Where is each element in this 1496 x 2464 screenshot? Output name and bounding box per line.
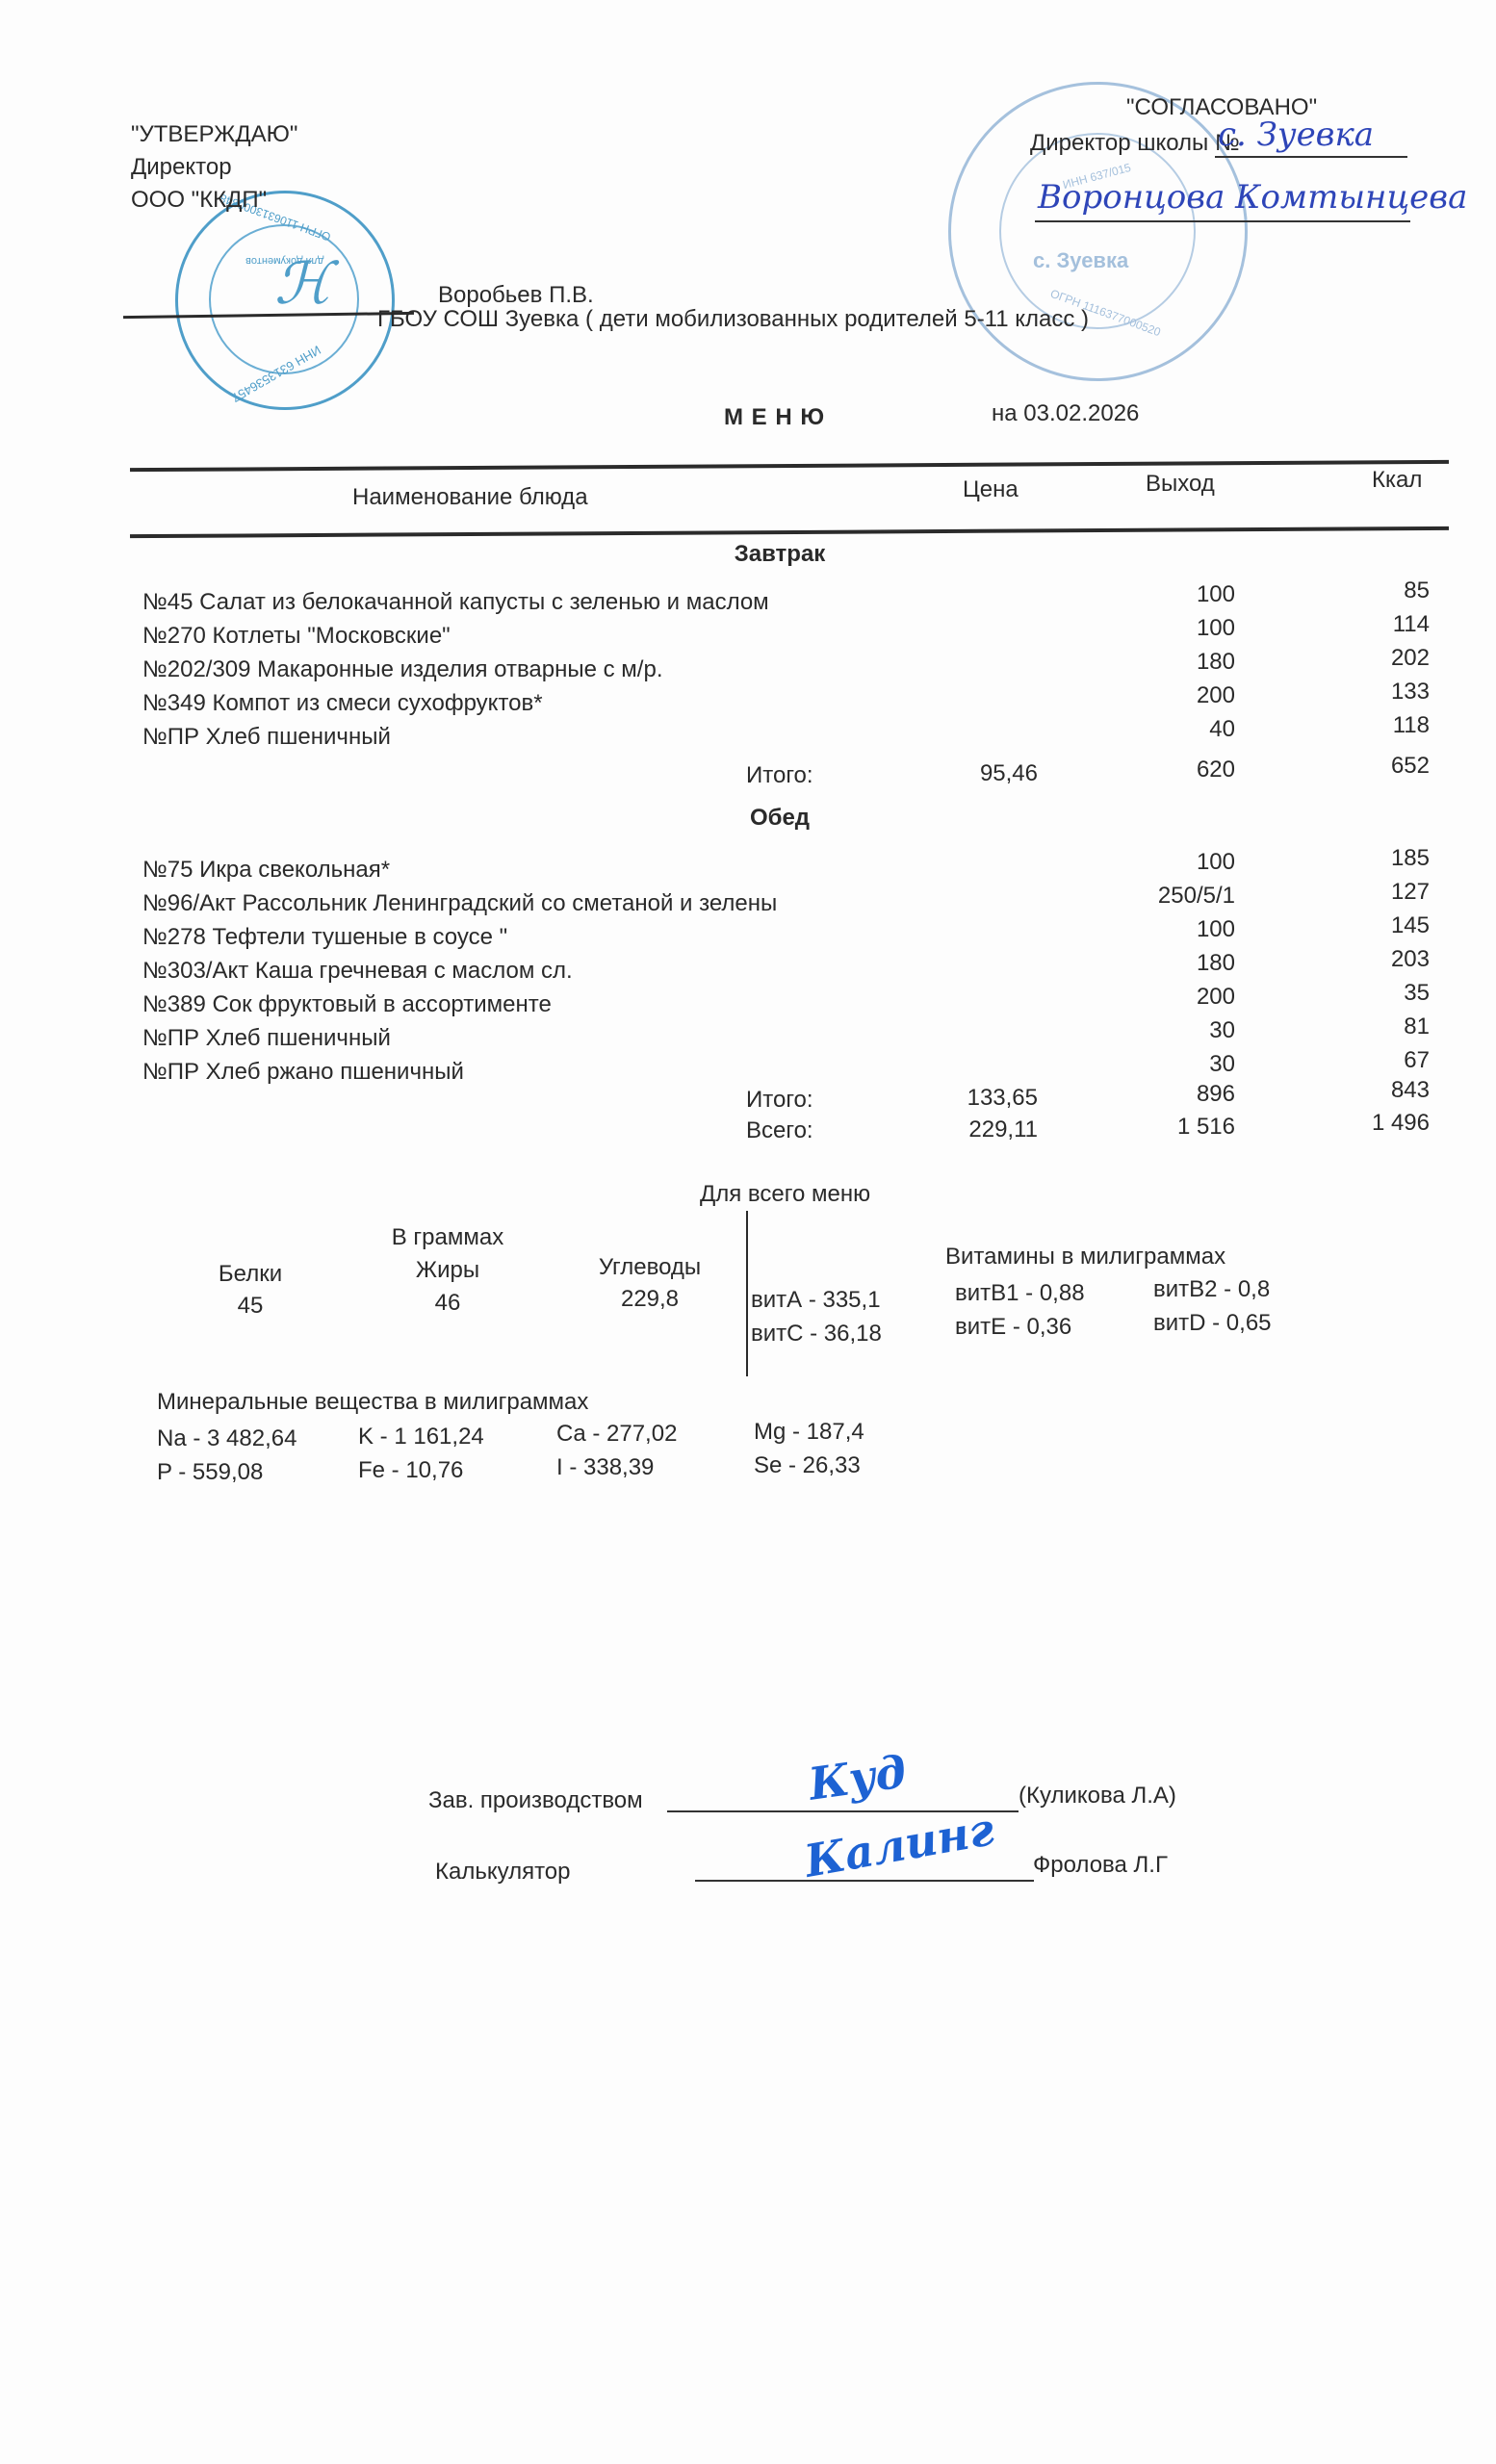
mineral-p: P - 559,08 [157, 1459, 263, 1486]
dish-name: №278 Тефтели тушеные в соусе " [142, 924, 507, 951]
school-handwritten: с. Зуевка [1218, 115, 1374, 154]
subtotal-price: 133,65 [895, 1085, 1038, 1112]
dish-kcal: 202 [1328, 645, 1430, 672]
subtotal-label: Итого: [746, 1087, 813, 1114]
section-title: Завтрак [674, 541, 886, 568]
grand-total-label: Всего: [746, 1117, 813, 1144]
vitamin-b1: витВ1 - 0,88 [955, 1280, 1085, 1307]
grams-label: В граммах [385, 1224, 510, 1251]
dish-kcal: 127 [1328, 879, 1430, 906]
production-head-label: Зав. производством [428, 1787, 643, 1814]
vitamins-label: Витамины в милиграммах [945, 1244, 1225, 1270]
dish-kcal: 35 [1328, 980, 1430, 1007]
vitamin-d: витD - 0,65 [1153, 1310, 1272, 1337]
vitamin-e: витЕ - 0,36 [955, 1314, 1071, 1341]
table-top-rule [130, 460, 1449, 472]
calculator-signature-line [695, 1880, 1034, 1882]
dish-yield: 100 [1078, 849, 1235, 876]
approver-name: Воробьев П.В. [438, 282, 594, 309]
calculator-name: Фролова Л.Г [1033, 1852, 1168, 1879]
macro-protein-label: Белки [193, 1261, 308, 1288]
macro-protein-value: 45 [193, 1293, 308, 1320]
dish-name: №349 Компот из смеси сухофруктов* [142, 690, 543, 717]
agreed-position: Директор школы № [1030, 130, 1240, 157]
dish-yield: 30 [1078, 1051, 1235, 1078]
dish-name: №96/Акт Рассольник Ленинградский со смет… [142, 890, 777, 917]
mineral-k: K - 1 161,24 [358, 1424, 484, 1450]
dish-name: №ПР Хлеб пшеничный [142, 1025, 391, 1052]
vitamin-b2: витВ2 - 0,8 [1153, 1276, 1270, 1303]
dish-yield: 100 [1078, 615, 1235, 642]
institution-name: ГБОУ СОШ Зуевка ( дети мобилизованных ро… [377, 306, 1089, 333]
dish-kcal: 118 [1328, 712, 1430, 739]
dish-kcal: 81 [1328, 1014, 1430, 1040]
table-header-rule [130, 526, 1449, 538]
minerals-label: Минеральные вещества в милиграммах [157, 1389, 588, 1416]
macro-carbs-value: 229,8 [578, 1286, 722, 1313]
macro-fat-label: Жиры [390, 1257, 505, 1284]
mineral-se: Se - 26,33 [754, 1452, 861, 1479]
dish-name: №270 Котлеты "Московские" [142, 623, 451, 650]
column-header-name: Наименование блюда [352, 484, 588, 511]
dish-kcal: 133 [1328, 679, 1430, 706]
dish-yield: 100 [1078, 916, 1235, 943]
subtotal-label: Итого: [746, 762, 813, 789]
macro-fat-value: 46 [390, 1290, 505, 1317]
dish-yield: 40 [1078, 716, 1235, 743]
dish-yield: 250/5/1 [1078, 883, 1235, 910]
subtotal-kcal: 652 [1328, 753, 1430, 780]
subtotal-yield: 620 [1078, 757, 1235, 783]
dish-kcal: 145 [1328, 912, 1430, 939]
dish-yield: 180 [1078, 649, 1235, 676]
grand-total-price: 229,11 [895, 1116, 1038, 1143]
mineral-fe: Fe - 10,76 [358, 1457, 463, 1484]
column-header-price: Цена [963, 476, 1019, 503]
production-signature: Куд [806, 1745, 910, 1810]
agreed-signature: Воронцова Комтынцева [1038, 178, 1467, 217]
dish-name: №202/309 Макаронные изделия отварные с м… [142, 656, 663, 683]
dish-name: №ПР Хлеб пшеничный [142, 724, 391, 751]
approve-heading: "УТВЕРЖДАЮ" [131, 121, 297, 148]
school-number-line [1215, 156, 1407, 158]
subtotal-yield: 896 [1078, 1081, 1235, 1108]
vitamin-c: витС - 36,18 [751, 1321, 882, 1347]
nutrition-divider [746, 1211, 748, 1376]
dish-name: №303/Акт Каша гречневая с маслом сл. [142, 958, 573, 985]
vitamin-a: витА - 335,1 [751, 1287, 881, 1314]
approver-org: ООО "ККДП" [131, 187, 267, 214]
macro-carbs-label: Углеводы [578, 1254, 722, 1281]
subtotal-kcal: 843 [1328, 1077, 1430, 1104]
dish-name: №75 Икра свекольная* [142, 857, 390, 884]
mineral-mg: Mg - 187,4 [754, 1419, 864, 1446]
dish-name: №45 Салат из белокачанной капусты с зеле… [142, 589, 769, 616]
menu-title: М Е Н Ю [724, 404, 825, 431]
menu-date: на 03.02.2026 [992, 400, 1139, 427]
column-header-kcal: Ккал [1372, 467, 1422, 494]
grand-total-yield: 1 516 [1078, 1114, 1235, 1141]
dish-yield: 30 [1078, 1017, 1235, 1044]
dish-kcal: 114 [1328, 611, 1430, 638]
section-title: Обед [674, 805, 886, 832]
dish-yield: 180 [1078, 950, 1235, 977]
approver-position: Директор [131, 154, 232, 181]
mineral-ca: Ca - 277,02 [556, 1421, 677, 1448]
approver-signature: ℋ [274, 250, 331, 318]
mineral-na: Na - 3 482,64 [157, 1425, 297, 1452]
dish-name: №ПР Хлеб ржано пшеничный [142, 1059, 464, 1086]
agreed-signature-line [1035, 220, 1410, 222]
calculator-signature: Калинг [801, 1803, 998, 1887]
dish-kcal: 203 [1328, 946, 1430, 973]
mineral-i: I - 338,39 [556, 1454, 654, 1481]
dish-yield: 200 [1078, 682, 1235, 709]
column-header-yield: Выход [1146, 471, 1215, 498]
subtotal-price: 95,46 [895, 760, 1038, 787]
stamp-center-text: с. Зуевка [1033, 248, 1128, 273]
school-stamp: ИНН 637/015 с. Зуевка ОГРН 1116377000520 [948, 82, 1248, 381]
dish-yield: 100 [1078, 581, 1235, 608]
calculator-label: Калькулятор [435, 1859, 571, 1886]
production-head-name: (Куликова Л.А) [1019, 1783, 1176, 1809]
dish-yield: 200 [1078, 984, 1235, 1011]
dish-kcal: 185 [1328, 845, 1430, 872]
dish-kcal: 67 [1328, 1047, 1430, 1074]
whole-menu-label: Для всего меню [700, 1181, 870, 1208]
grand-total-kcal: 1 496 [1328, 1110, 1430, 1137]
dish-name: №389 Сок фруктовый в ассортименте [142, 991, 552, 1018]
dish-kcal: 85 [1328, 577, 1430, 604]
